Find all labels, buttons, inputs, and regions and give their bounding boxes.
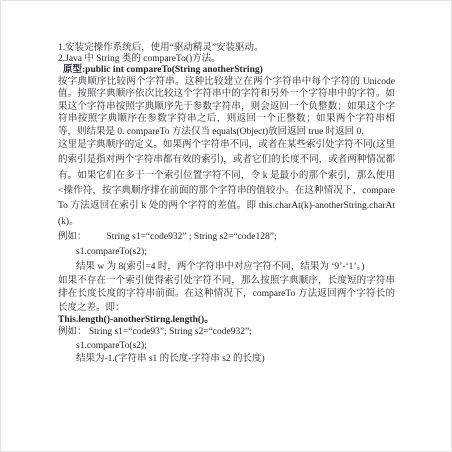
list-item-compareto-heading: 2.Java 中 String 类的 compareTo()方法。 [58,54,395,65]
length-difference-formula: This.length()-anotherStirng.length()。 [58,315,395,326]
list-item-install-driver: 1.安装完操作系统后，使用“驱动精灵”安装驱动。 [58,43,395,54]
paragraph-lexicographic-compare: 按字典顺序比较两个字符串。这种比较建立在两个字符串中每个字符的 Unicode … [58,76,395,138]
document-content: 1.安装完操作系统后，使用“驱动精灵”安装驱动。 2.Java 中 String… [1,1,451,367]
example2-call: s1.compareTo(s2); [58,340,395,354]
example1-declaration: String s1=“code932” ; String s2=“code128… [107,232,277,242]
example-1-block: 例如：String s1=“code932” ; String s2=“code… [58,230,395,275]
example1-first-line: 例如：String s1=“code932” ; String s2=“code… [58,230,395,245]
example2-declaration: 例如： String s1=“code93”; String s2=“code9… [58,326,395,340]
example1-result: 结果 w 为 8(索引=4 时，两个字符串中对应字符不同，结果为 ‘9’-‘1’… [58,260,395,275]
paragraph-dictionary-order-definition: 这里是字典顺序的定义。如果两个字符串不同，或者在某些索引处字符不同(这里的索引是… [58,138,395,230]
example1-call: s1.compareTo(s2); [58,245,395,260]
method-prototype: 原型:public int compareTo(String anotherSt… [58,65,395,76]
example2-result: 结果为-1.(字符串 s1 的长度-字符串 s2 的长度) [58,353,395,367]
paragraph-length-compare: 如果不存在一个索引使得索引处字符不同，那么按照字典顺序，长度短的字符串排在长度长… [58,275,395,316]
document-page: 1.安装完操作系统后，使用“驱动精灵”安装驱动。 2.Java 中 String… [0,0,452,452]
example1-label: 例如： [58,232,87,242]
example-2-block: 例如： String s1=“code93”; String s2=“code9… [58,326,395,367]
